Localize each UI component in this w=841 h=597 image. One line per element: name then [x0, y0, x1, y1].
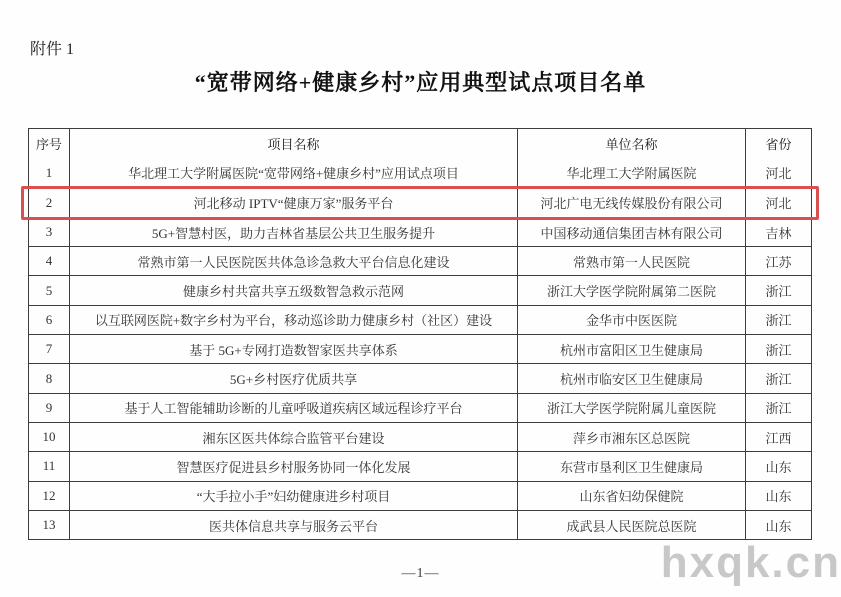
- cell-unit: 金华市中医医院: [517, 306, 745, 334]
- cell-project: 医共体信息共享与服务云平台: [69, 511, 517, 539]
- cell-unit: 萍乡市湘东区总医院: [517, 423, 745, 451]
- table-row: 6 以互联网医院+数字乡村为平台，移动巡诊助力健康乡村（社区）建设 金华市中医医…: [29, 305, 811, 334]
- cell-no: 4: [29, 247, 69, 275]
- cell-no: 6: [29, 306, 69, 334]
- cell-project: “大手拉小手”妇幼健康进乡村项目: [69, 482, 517, 510]
- cell-unit: 东营市垦利区卫生健康局: [517, 452, 745, 480]
- cell-province: 浙江: [745, 335, 811, 363]
- cell-project: 智慧医疗促进县乡村服务协同一体化发展: [69, 452, 517, 480]
- cell-no: 5: [29, 276, 69, 304]
- table-row: 2 河北移动 IPTV“健康万家”服务平台 河北广电无线传媒股份有限公司 河北: [29, 188, 811, 217]
- cell-province: 山东: [745, 511, 811, 539]
- cell-province: 河北: [745, 189, 811, 217]
- cell-project: 湘东区医共体综合监管平台建设: [69, 423, 517, 451]
- cell-unit: 河北广电无线传媒股份有限公司: [517, 189, 745, 217]
- cell-project: 华北理工大学附属医院“宽带网络+健康乡村”应用试点项目: [69, 158, 517, 187]
- column-header-no: 序号: [29, 129, 69, 158]
- page-title: “宽带网络+健康乡村”应用典型试点项目名单: [0, 66, 841, 97]
- cell-project: 河北移动 IPTV“健康万家”服务平台: [69, 189, 517, 217]
- table-row: 11 智慧医疗促进县乡村服务协同一体化发展 东营市垦利区卫生健康局 山东: [29, 451, 811, 480]
- cell-province: 吉林: [745, 218, 811, 246]
- table-row: 5 健康乡村共富共享五级数智急救示范网 浙江大学医学院附属第二医院 浙江: [29, 275, 811, 304]
- document-page: 附件 1 “宽带网络+健康乡村”应用典型试点项目名单 序号 项目名称 单位名称 …: [0, 0, 841, 597]
- cell-no: 10: [29, 423, 69, 451]
- table-header-row: 序号 项目名称 单位名称 省份: [29, 129, 811, 158]
- cell-project: 基于人工智能辅助诊断的儿童呼吸道疾病区域远程诊疗平台: [69, 394, 517, 422]
- cell-project: 5G+智慧村医，助力吉林省基层公共卫生服务提升: [69, 218, 517, 246]
- table-body: 1 华北理工大学附属医院“宽带网络+健康乡村”应用试点项目 华北理工大学附属医院…: [29, 158, 811, 539]
- cell-unit: 华北理工大学附属医院: [517, 158, 745, 187]
- watermark: hxqk.cn: [661, 541, 841, 585]
- cell-province: 浙江: [745, 364, 811, 392]
- column-header-unit: 单位名称: [517, 129, 745, 158]
- cell-no: 8: [29, 364, 69, 392]
- cell-unit: 山东省妇幼保健院: [517, 482, 745, 510]
- attachment-label: 附件 1: [30, 36, 74, 59]
- cell-province: 江西: [745, 423, 811, 451]
- cell-no: 13: [29, 511, 69, 539]
- column-header-province: 省份: [745, 129, 811, 158]
- cell-province: 江苏: [745, 247, 811, 275]
- cell-province: 山东: [745, 482, 811, 510]
- cell-unit: 中国移动通信集团吉林有限公司: [517, 218, 745, 246]
- table-row: 10 湘东区医共体综合监管平台建设 萍乡市湘东区总医院 江西: [29, 422, 811, 451]
- cell-province: 浙江: [745, 276, 811, 304]
- cell-unit: 常熟市第一人民医院: [517, 247, 745, 275]
- table-row: 9 基于人工智能辅助诊断的儿童呼吸道疾病区域远程诊疗平台 浙江大学医学院附属儿童…: [29, 393, 811, 422]
- cell-unit: 浙江大学医学院附属第二医院: [517, 276, 745, 304]
- column-header-project: 项目名称: [69, 129, 517, 158]
- cell-province: 浙江: [745, 306, 811, 334]
- cell-unit: 杭州市富阳区卫生健康局: [517, 335, 745, 363]
- cell-province: 浙江: [745, 394, 811, 422]
- table-row: 8 5G+乡村医疗优质共享 杭州市临安区卫生健康局 浙江: [29, 363, 811, 392]
- cell-no: 12: [29, 482, 69, 510]
- cell-no: 7: [29, 335, 69, 363]
- cell-unit: 浙江大学医学院附属儿童医院: [517, 394, 745, 422]
- cell-project: 健康乡村共富共享五级数智急救示范网: [69, 276, 517, 304]
- table-row: 1 华北理工大学附属医院“宽带网络+健康乡村”应用试点项目 华北理工大学附属医院…: [29, 158, 811, 187]
- cell-no: 11: [29, 452, 69, 480]
- table-row: 13 医共体信息共享与服务云平台 成武县人民医院总医院 山东: [29, 510, 811, 539]
- table-row: 4 常熟市第一人民医院医共体急诊急救大平台信息化建设 常熟市第一人民医院 江苏: [29, 246, 811, 275]
- cell-province: 山东: [745, 452, 811, 480]
- cell-project: 常熟市第一人民医院医共体急诊急救大平台信息化建设: [69, 247, 517, 275]
- cell-project: 5G+乡村医疗优质共享: [69, 364, 517, 392]
- cell-unit: 杭州市临安区卫生健康局: [517, 364, 745, 392]
- cell-project: 以互联网医院+数字乡村为平台，移动巡诊助力健康乡村（社区）建设: [69, 306, 517, 334]
- cell-no: 1: [29, 158, 69, 187]
- cell-unit: 成武县人民医院总医院: [517, 511, 745, 539]
- cell-province: 河北: [745, 158, 811, 187]
- table-row: 3 5G+智慧村医，助力吉林省基层公共卫生服务提升 中国移动通信集团吉林有限公司…: [29, 217, 811, 246]
- projects-table: 序号 项目名称 单位名称 省份 1 华北理工大学附属医院“宽带网络+健康乡村”应…: [28, 128, 812, 540]
- table-row: 12 “大手拉小手”妇幼健康进乡村项目 山东省妇幼保健院 山东: [29, 481, 811, 510]
- cell-no: 2: [29, 189, 69, 217]
- cell-no: 3: [29, 218, 69, 246]
- cell-project: 基于 5G+专网打造数智家医共享体系: [69, 335, 517, 363]
- cell-no: 9: [29, 394, 69, 422]
- table-row: 7 基于 5G+专网打造数智家医共享体系 杭州市富阳区卫生健康局 浙江: [29, 334, 811, 363]
